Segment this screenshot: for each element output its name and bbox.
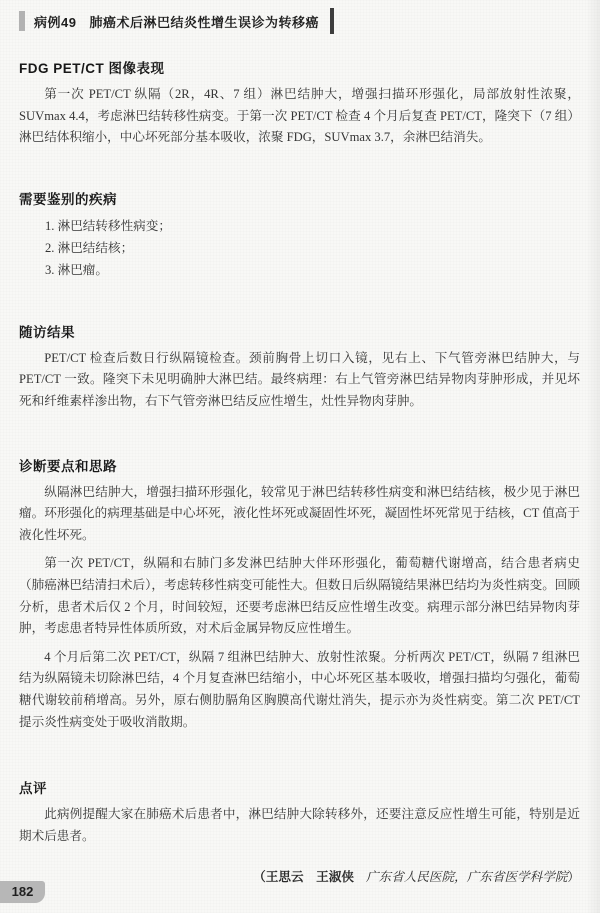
- keypoints-paragraph-3: 4 个月后第二次 PET/CT，纵隔 7 组淋巴结肿大、放射性浓聚。分析两次 P…: [19, 647, 580, 733]
- comment-paragraph: 此病例提醒大家在肺癌术后患者中，淋巴结肿大除转移外，还要注意反应性增生可能，特别…: [19, 804, 580, 847]
- section-heading-differential: 需要鉴别的疾病: [19, 188, 580, 208]
- section-followup-results: 随访结果 PET/CT 检查后数日行纵隔镜检查。颈前胸骨上切口入镜，见右上、下气…: [19, 321, 580, 413]
- case-title-line: 病例49 肺癌术后淋巴结炎性增生误诊为转移癌: [34, 12, 319, 31]
- keypoints-paragraph-1: 纵隔淋巴结肿大，增强扫描环形强化，较常见于淋巴结转移性病变和淋巴结结核，极少见于…: [19, 482, 580, 547]
- case-header: 病例49 肺癌术后淋巴结炎性增生误诊为转移癌: [19, 8, 580, 34]
- book-page: 病例49 肺癌术后淋巴结炎性增生误诊为转移癌 FDG PET/CT 图像表现 第…: [0, 0, 600, 913]
- section-diagnosis-keypoints: 诊断要点和思路 纵隔淋巴结肿大，增强扫描环形强化，较常见于淋巴结转移性病变和淋巴…: [19, 455, 580, 734]
- differential-list: 1. 淋巴结转移性病变； 2. 淋巴结结核； 3. 淋巴瘤。: [19, 215, 580, 281]
- attribution-affiliation: 广东省人民医院，广东省医学科学院: [366, 870, 568, 884]
- differential-item: 3. 淋巴瘤。: [45, 259, 580, 281]
- imaging-paragraph: 第一次 PET/CT 纵隔（2R，4R、7 组）淋巴结肿大，增强扫描环形强化，局…: [19, 84, 580, 149]
- attribution-authors: 王思云 王淑侠: [266, 870, 354, 884]
- section-heading-comment: 点评: [19, 777, 580, 797]
- differential-item: 1. 淋巴结转移性病变；: [45, 215, 580, 237]
- section-heading-followup: 随访结果: [19, 321, 580, 341]
- header-left-bar: [19, 11, 25, 31]
- followup-paragraph: PET/CT 检查后数日行纵隔镜检查。颈前胸骨上切口入镜，见右上、下气管旁淋巴结…: [19, 348, 580, 413]
- section-differential-diagnosis: 需要鉴别的疾病 1. 淋巴结转移性病变； 2. 淋巴结结核； 3. 淋巴瘤。: [19, 188, 580, 281]
- attribution-close-paren: ）: [567, 870, 580, 884]
- section-heading-imaging: FDG PET/CT 图像表现: [19, 57, 580, 77]
- section-heading-keypoints: 诊断要点和思路: [19, 455, 580, 475]
- case-number-label: 病例49: [34, 12, 76, 31]
- case-title: 肺癌术后淋巴结炎性增生误诊为转移癌: [89, 12, 319, 31]
- keypoints-paragraph-2: 第一次 PET/CT，纵隔和右肺门多发淋巴结肿大伴环形强化，葡萄糖代谢增高，结合…: [19, 553, 580, 639]
- differential-item: 2. 淋巴结结核；: [45, 237, 580, 259]
- attribution-open-paren: （: [253, 870, 266, 884]
- attribution-line: （王思云 王淑侠广东省人民医院，广东省医学科学院）: [19, 866, 580, 885]
- section-comment: 点评 此病例提醒大家在肺癌术后患者中，淋巴结肿大除转移外，还要注意反应性增生可能…: [19, 777, 580, 847]
- section-fdg-petct-findings: FDG PET/CT 图像表现 第一次 PET/CT 纵隔（2R，4R、7 组）…: [19, 57, 580, 149]
- page-number-badge: 182: [0, 881, 45, 903]
- header-right-bar: [330, 8, 334, 34]
